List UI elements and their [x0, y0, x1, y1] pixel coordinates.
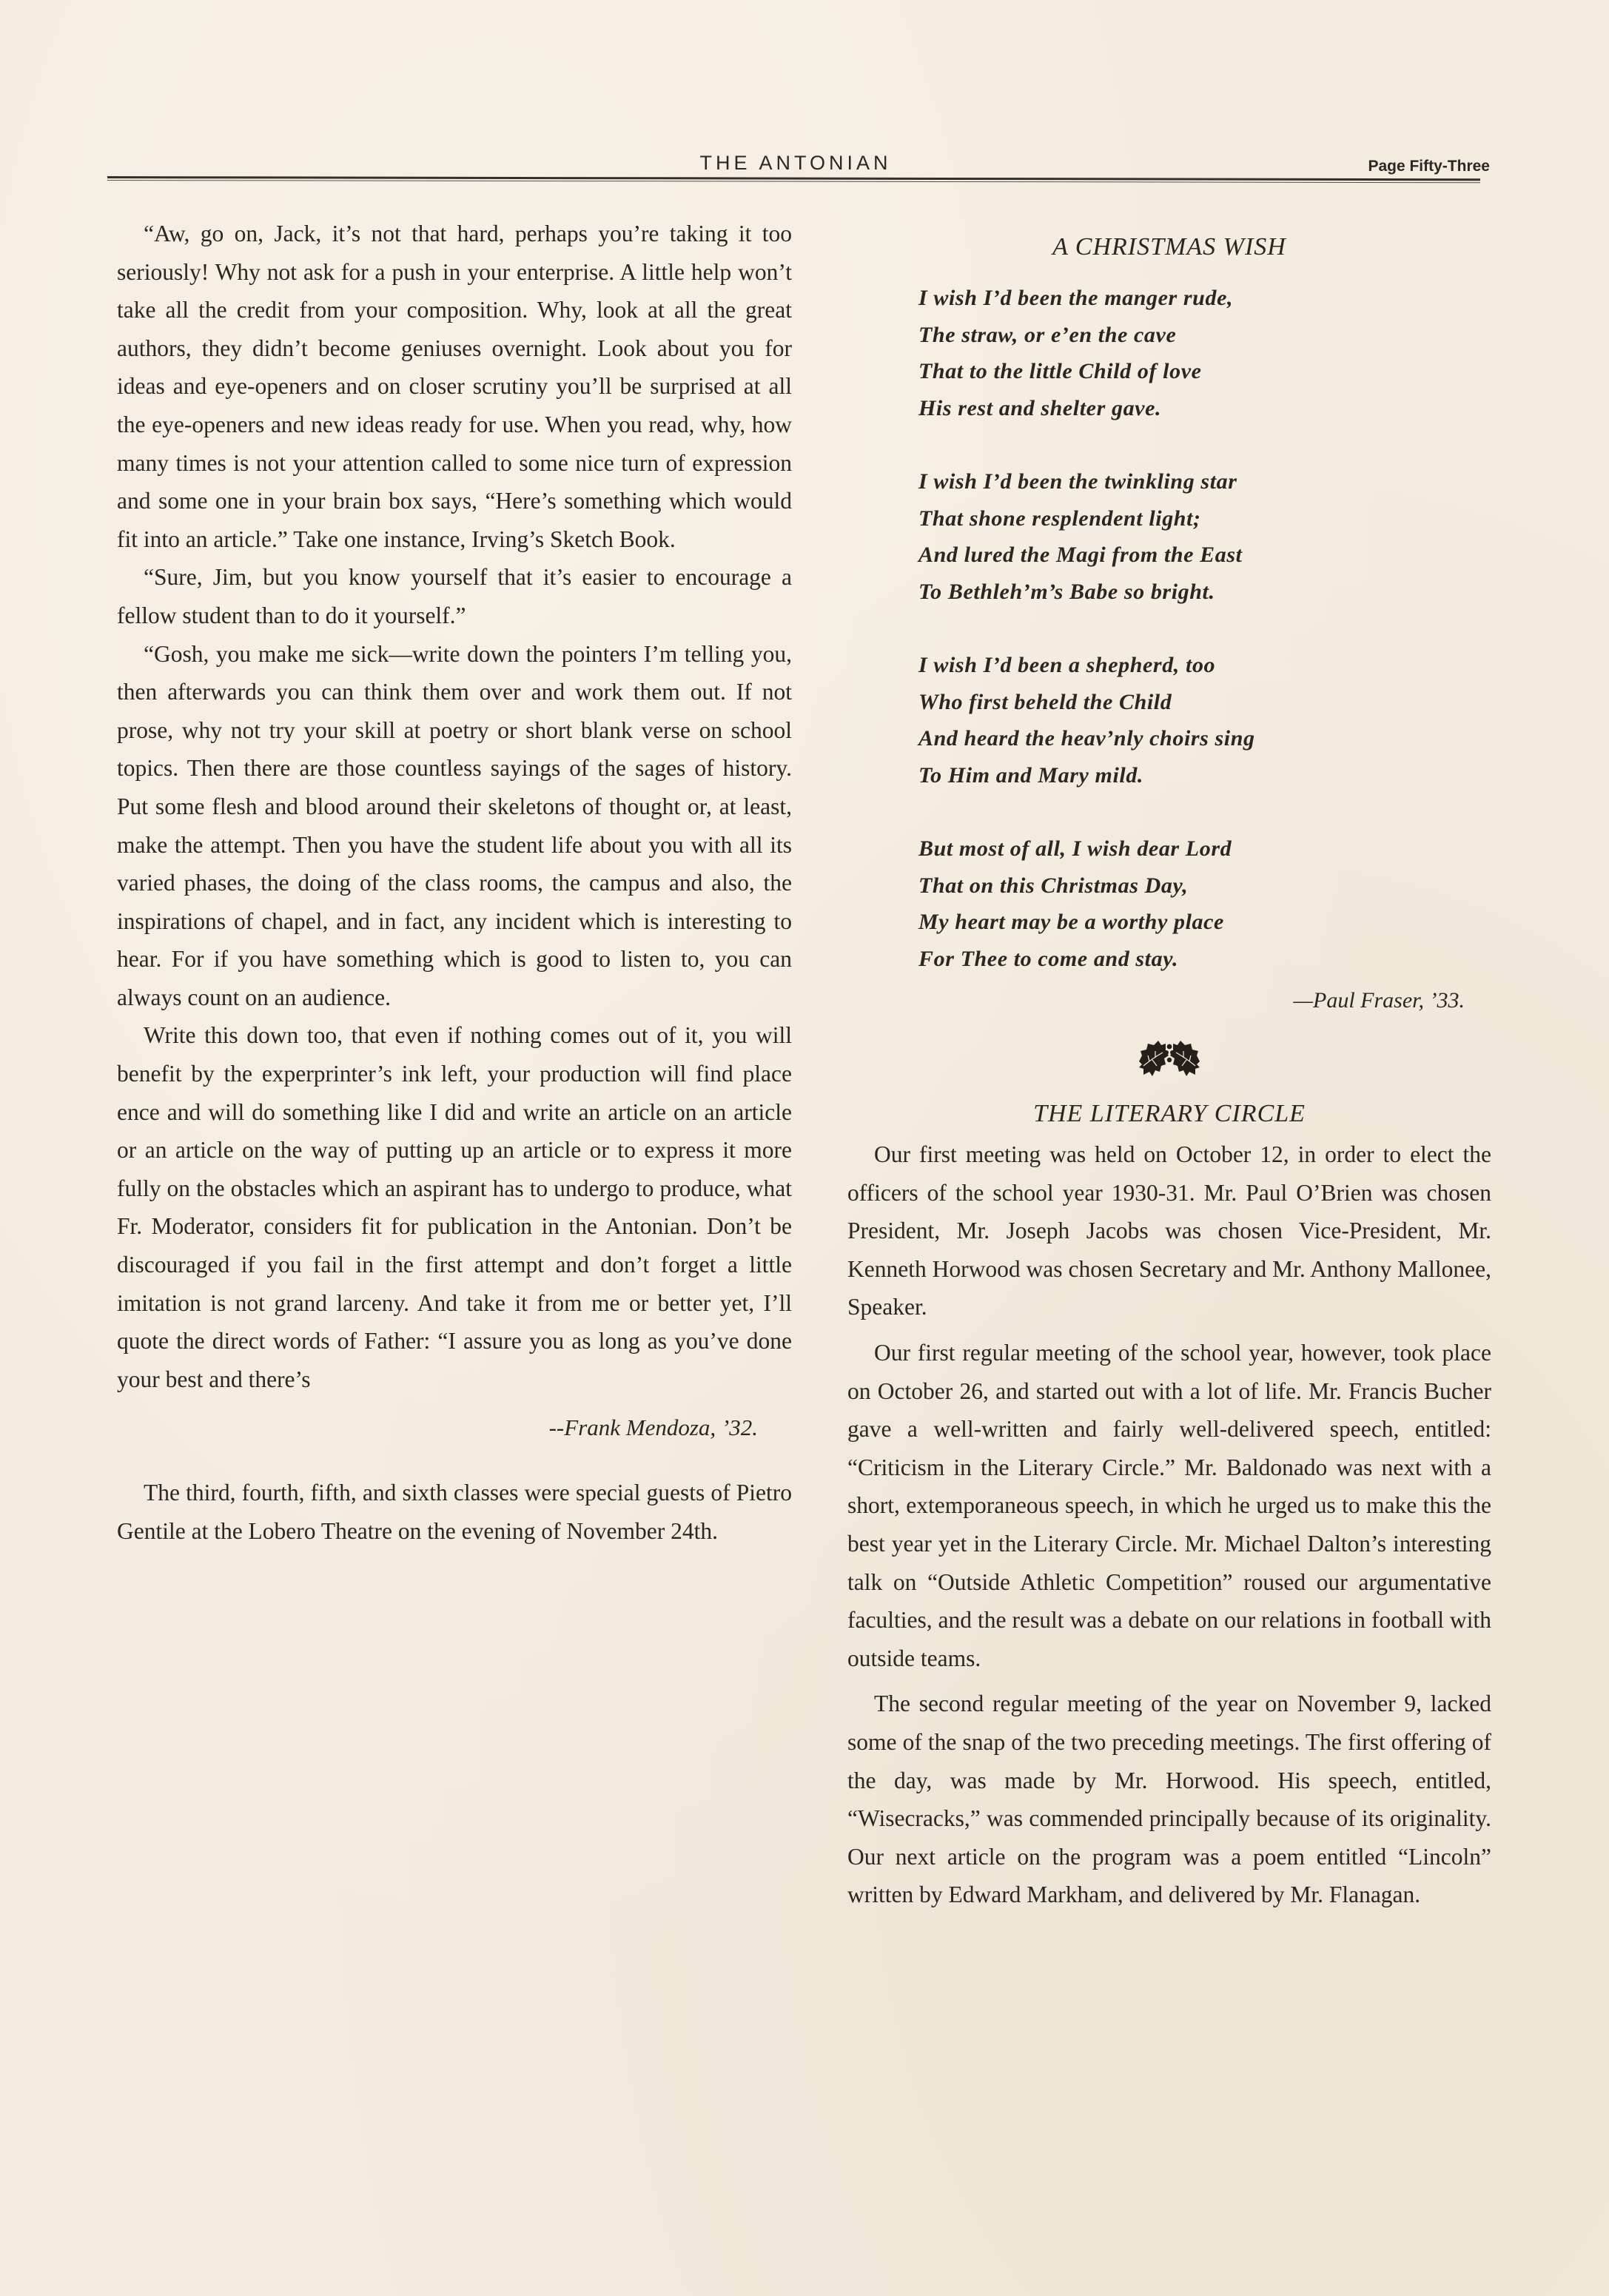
poem-line: And heard the heav’nly choirs sing: [918, 720, 1491, 757]
poem-stanza: I wish I’d been the twinkling star That …: [918, 463, 1491, 610]
poem-line: That on this Christmas Day,: [918, 867, 1491, 904]
report-paragraph: Our first regular meeting of the school …: [847, 1334, 1491, 1677]
poem-line: That shone resplendent light;: [918, 500, 1491, 537]
page-number: Page Fifty-Three: [1368, 158, 1490, 175]
poem-title: A CHRISTMAS WISH: [847, 231, 1491, 263]
poem-stanza: I wish I’d been the manger rude, The str…: [918, 280, 1491, 426]
poem-line: But most of all, I wish dear Lord: [918, 830, 1491, 867]
section-title: THE LITERARY CIRCLE: [847, 1095, 1491, 1132]
poem-line: To Bethleh’m’s Babe so bright.: [918, 574, 1491, 611]
holly-leaves-icon: [1136, 1036, 1203, 1082]
closing-note: The third, fourth, fifth, and sixth clas…: [117, 1474, 792, 1550]
poem-line: That to the little Child of love: [918, 353, 1491, 390]
poem-line: My heart may be a worthy place: [918, 904, 1491, 941]
article-byline: --Frank Mendoza, ’32.: [117, 1409, 758, 1447]
poem-line: I wish I’d been the manger rude,: [918, 280, 1491, 317]
poem-stanza: I wish I’d been a shepherd, too Who firs…: [918, 647, 1491, 793]
poem-byline: —Paul Fraser, ’33.: [847, 984, 1465, 1017]
poem-line: Who first beheld the Child: [918, 684, 1491, 721]
left-column: “Aw, go on, Jack, it’s not that hard, pe…: [117, 215, 792, 1550]
article-paragraph: “Aw, go on, Jack, it’s not that hard, pe…: [117, 215, 792, 558]
poem-line: For Thee to come and stay.: [918, 941, 1491, 978]
poem-line: I wish I’d been the twinkling star: [918, 463, 1491, 500]
magazine-page: THE ANTONIAN Page Fifty-Three “Aw, go on…: [0, 0, 1609, 2296]
report-paragraph: Our first meeting was held on October 12…: [847, 1135, 1491, 1326]
poem-body: I wish I’d been the manger rude, The str…: [918, 280, 1491, 977]
article-paragraph: “Gosh, you make me sick—write down the p…: [117, 635, 792, 1017]
poem-line: And lured the Magi from the East: [918, 537, 1491, 574]
poem-line: The straw, or e’en the cave: [918, 317, 1491, 354]
poem-line: To Him and Mary mild.: [918, 757, 1491, 794]
poem-line: His rest and shelter gave.: [918, 390, 1491, 427]
article-paragraph: “Sure, Jim, but you know yourself that i…: [117, 558, 792, 634]
right-column: A CHRISTMAS WISH I wish I’d been the man…: [847, 215, 1491, 1914]
article-paragraph: Write this down too, that even if nothin…: [117, 1016, 792, 1398]
poem-stanza: But most of all, I wish dear Lord That o…: [918, 830, 1491, 977]
publication-title: THE ANTONIAN: [107, 152, 1484, 175]
poem-line: I wish I’d been a shepherd, too: [918, 647, 1491, 684]
report-paragraph: The second regular meeting of the year o…: [847, 1685, 1491, 1914]
